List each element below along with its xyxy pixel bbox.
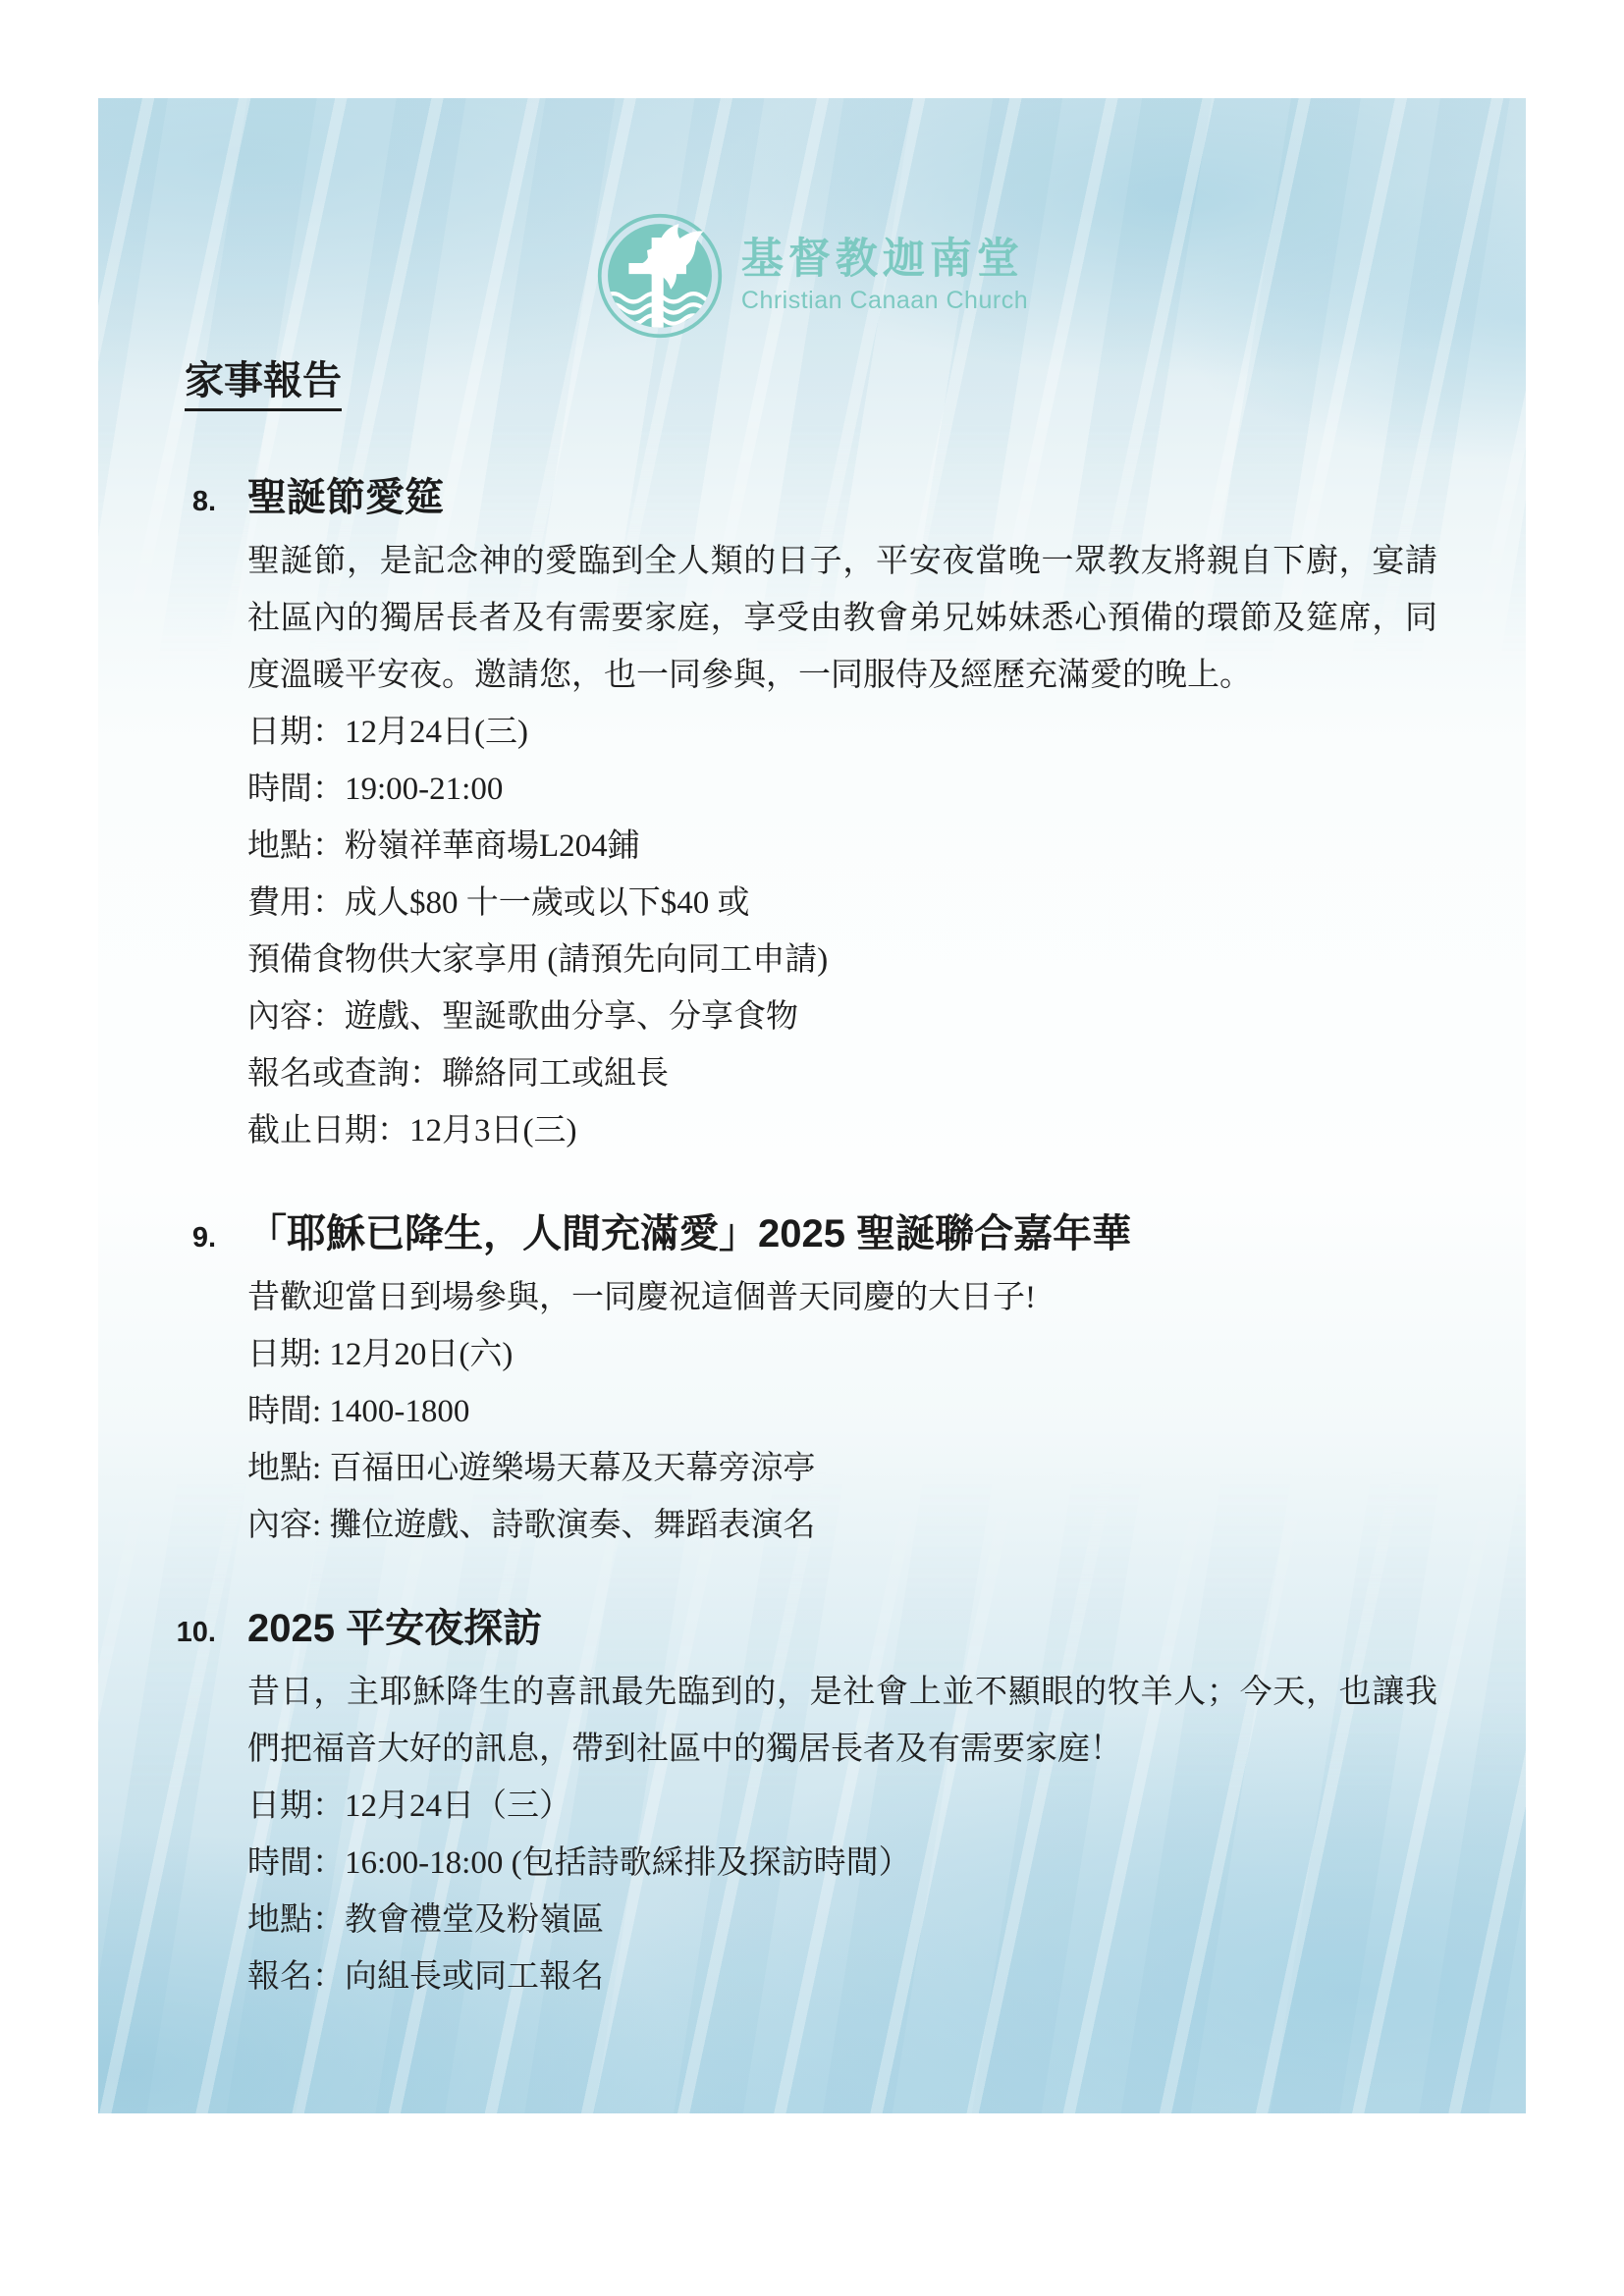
item-paragraph: 昔歡迎當日到場參與，一同慶祝這個普天同慶的大日子!: [247, 1269, 1437, 1326]
item-title: 聖誕節愛筵: [247, 474, 444, 521]
item-detail-line: 內容：遊戲、聖誕歌曲分享、分享食物: [247, 988, 1437, 1045]
church-logo: 基督教迦南堂 Christian Canaan Church: [98, 98, 1526, 340]
item-paragraph: 聖誕節，是記念神的愛臨到全人類的日子，平安夜當晚一眾教友將親自下廚，宴請社區內的…: [247, 533, 1437, 704]
waves-icon: [603, 294, 724, 324]
item-body: 聖誕節，是記念神的愛臨到全人類的日子，平安夜當晚一眾教友將親自下廚，宴請社區內的…: [247, 533, 1437, 1159]
item-number: 9.: [98, 1222, 216, 1255]
item-heading-row: 8. 聖誕節愛筵: [98, 474, 1437, 521]
announcement-item: 8. 聖誕節愛筵 聖誕節，是記念神的愛臨到全人類的日子，平安夜當晚一眾教友將親自…: [98, 474, 1437, 1159]
item-detail-line: 日期：12月24日（三）: [247, 1778, 1437, 1835]
item-detail-line: 地點：粉嶺祥華商場L204鋪: [247, 818, 1437, 875]
item-body: 昔歡迎當日到場參與，一同慶祝這個普天同慶的大日子!日期: 12月20日(六)時間…: [247, 1269, 1437, 1554]
page-content: 基督教迦南堂 Christian Canaan Church 家事報告 8. 聖…: [98, 98, 1526, 2113]
page-title: 家事報告: [185, 359, 342, 411]
item-paragraph: 昔日，主耶穌降生的喜訊最先臨到的，是社會上並不顯眼的牧羊人；今天，也讓我們把福音…: [247, 1664, 1437, 1778]
church-name-chinese: 基督教迦南堂: [741, 237, 1028, 283]
item-heading-row: 9. 「耶穌已降生，人間充滿愛」2025 聖誕聯合嘉年華: [98, 1210, 1437, 1257]
announcement-item: 10. 2025 平安夜探訪 昔日，主耶穌降生的喜訊最先臨到的，是社會上並不顯眼…: [98, 1605, 1437, 2005]
church-name: 基督教迦南堂 Christian Canaan Church: [741, 237, 1028, 314]
item-detail-line: 地點: 百福田心遊樂場天幕及天幕旁涼亭: [247, 1440, 1437, 1497]
item-detail-line: 預備食物供大家享用 (請預先向同工申請): [247, 932, 1437, 988]
church-logo-icon: [596, 212, 724, 340]
item-detail-line: 地點：教會禮堂及粉嶺區: [247, 1892, 1437, 1949]
item-body: 昔日，主耶穌降生的喜訊最先臨到的，是社會上並不顯眼的牧羊人；今天，也讓我們把福音…: [247, 1664, 1437, 2005]
item-detail-line: 日期：12月24日(三): [247, 704, 1437, 761]
item-title: 2025 平安夜探訪: [247, 1605, 542, 1652]
item-number: 10.: [98, 1617, 216, 1649]
document-canvas: 基督教迦南堂 Christian Canaan Church 家事報告 8. 聖…: [0, 0, 1624, 2296]
item-detail-line: 內容: 攤位遊戲、詩歌演奏、舞蹈表演名: [247, 1497, 1437, 1554]
item-title: 「耶穌已降生，人間充滿愛」2025 聖誕聯合嘉年華: [247, 1210, 1131, 1257]
item-number: 8.: [98, 486, 216, 518]
item-detail-line: 報名：向組長或同工報名: [247, 1949, 1437, 2005]
church-name-english: Christian Canaan Church: [741, 287, 1028, 315]
item-detail-line: 時間：19:00-21:00: [247, 761, 1437, 818]
announcement-item: 9. 「耶穌已降生，人間充滿愛」2025 聖誕聯合嘉年華 昔歡迎當日到場參與，一…: [98, 1210, 1437, 1554]
announcement-list: 8. 聖誕節愛筵 聖誕節，是記念神的愛臨到全人類的日子，平安夜當晚一眾教友將親自…: [98, 474, 1526, 2005]
item-detail-line: 日期: 12月20日(六): [247, 1326, 1437, 1383]
item-detail-line: 時間：16:00-18:00 (包括詩歌綵排及探訪時間）: [247, 1835, 1437, 1892]
item-detail-line: 費用：成人$80 十一歲或以下$40 或: [247, 875, 1437, 932]
item-heading-row: 10. 2025 平安夜探訪: [98, 1605, 1437, 1652]
newsletter-page: 基督教迦南堂 Christian Canaan Church 家事報告 8. 聖…: [98, 98, 1526, 2113]
item-detail-line: 報名或查詢：聯絡同工或組長: [247, 1045, 1437, 1102]
item-detail-line: 時間: 1400-1800: [247, 1383, 1437, 1440]
item-detail-line: 截止日期：12月3日(三): [247, 1102, 1437, 1159]
